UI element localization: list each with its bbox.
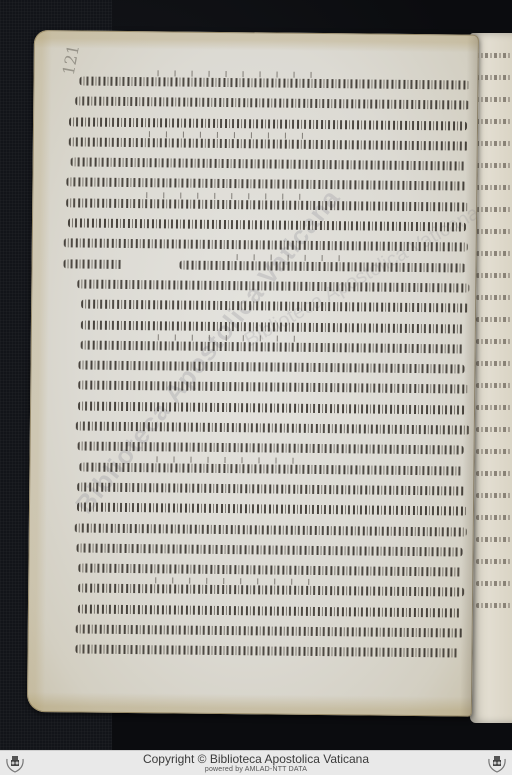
image-viewer[interactable]: 121 Biblioteca Apostolica Vaticana Bibli… bbox=[0, 0, 512, 750]
vatican-library-seal-icon bbox=[4, 753, 26, 774]
vatican-library-seal-icon bbox=[486, 753, 508, 774]
manuscript-folio: 121 Biblioteca Apostolica Vaticana Bibli… bbox=[27, 30, 479, 717]
copyright-footer: Copyright © Biblioteca Apostolica Vatica… bbox=[0, 750, 512, 775]
text-line bbox=[55, 639, 465, 664]
powered-by-text: powered by AMLAD-NTT DATA bbox=[0, 766, 512, 774]
copyright-text: Copyright © Biblioteca Apostolica Vatica… bbox=[0, 751, 512, 766]
handwritten-text-block bbox=[55, 70, 471, 663]
